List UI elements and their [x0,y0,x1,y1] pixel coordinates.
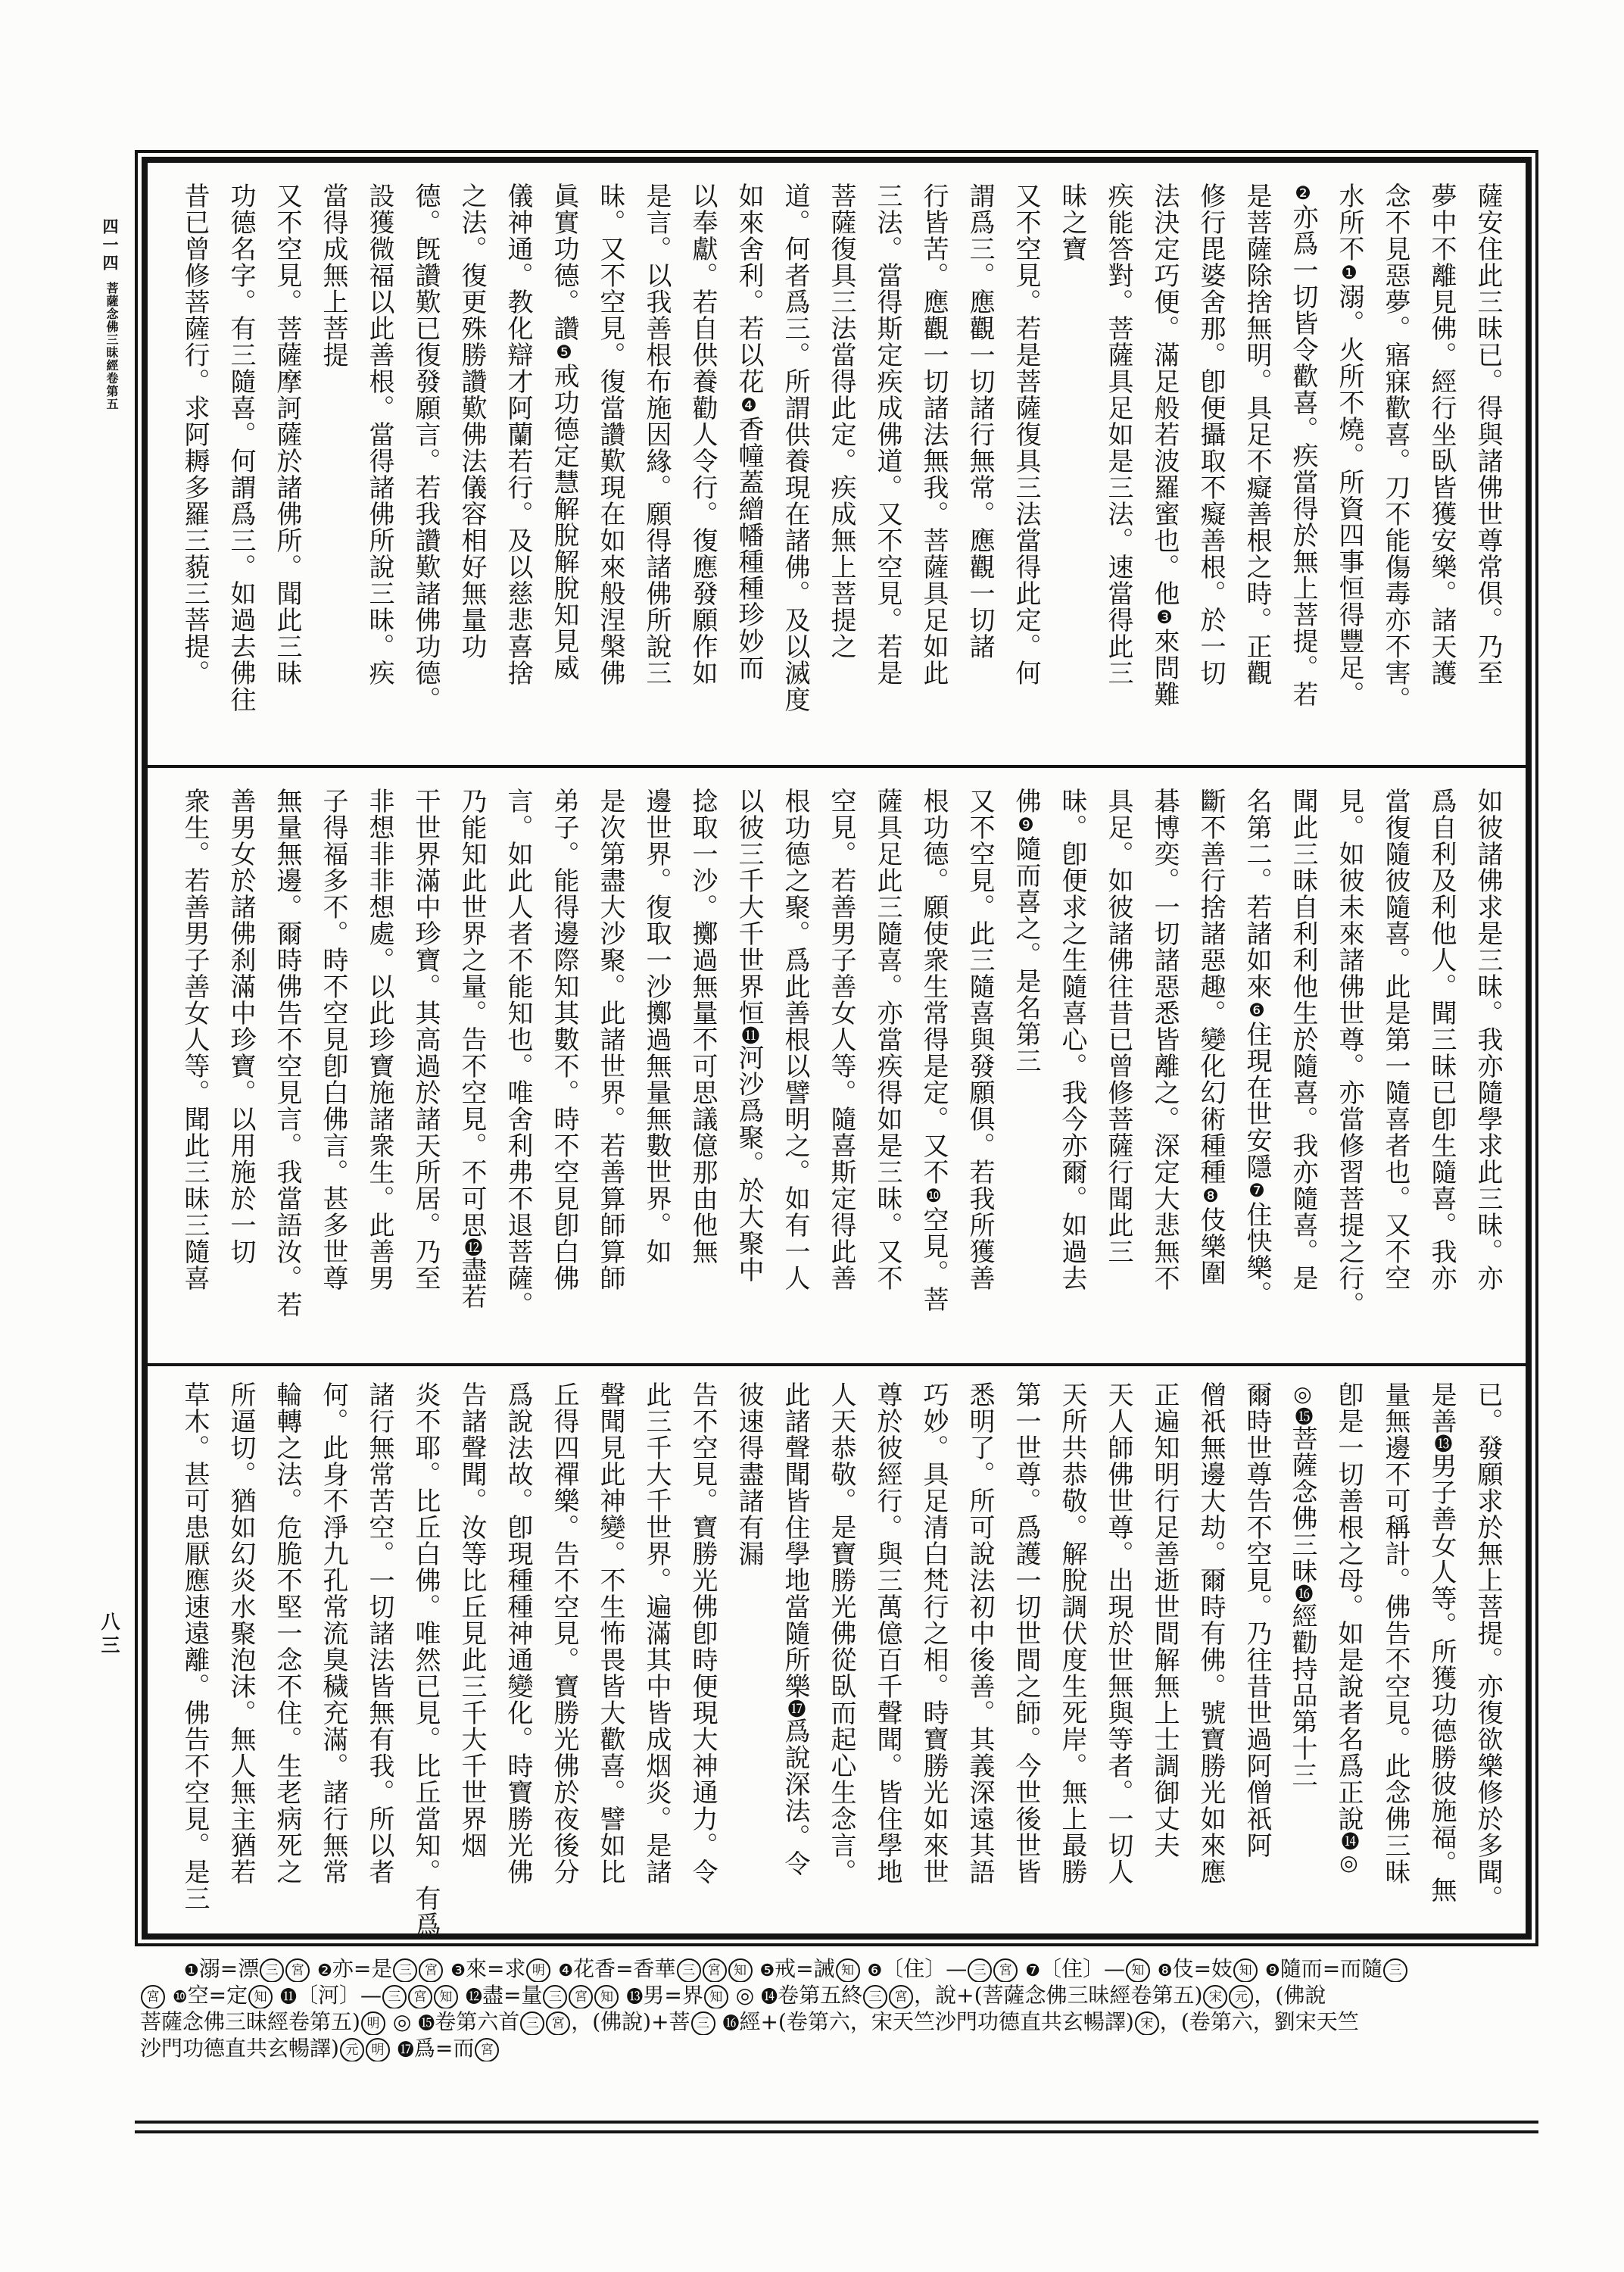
text-column: 善男女於諸佛刹滿中珍寶。以用施於一切 [217,788,263,1359]
edition-sigla-icon: 宮 [285,1958,310,1982]
text-column: 尊於彼經行。與三萬億百千聲聞。皆住學地 [864,1381,910,1929]
text-column: 昧。又不空見。復當讚歎現在如來般涅槃佛 [587,183,633,760]
note-number-icon: ❾ [1265,1961,1280,1980]
text-column: 爲說法故。卽現種種神通變化。時寶勝光佛 [494,1381,541,1929]
text-column: 當復隨彼隨喜。此是第一隨喜者也。又不空 [1372,788,1418,1359]
edition-sigla-icon: 宮 [475,2038,499,2061]
text-column: 子得福多不。時不空見卽白佛言。甚多世尊 [310,788,356,1359]
text-column: 捻取一沙。擲過無量不可思議億那由他無 [679,788,725,1359]
edition-sigla-icon: 知 [1126,1958,1150,1982]
text-column: 昧。卽便求之生隨喜心。我今亦爾。如過去 [1049,788,1095,1359]
edition-sigla-icon: 知 [434,1985,458,2008]
edition-sigla-icon: 宮 [703,1958,727,1982]
text-column: 丘得四禪樂。告不空見。寶勝光佛於夜後分 [541,1381,587,1929]
text-column: 薩具足此三隨喜。亦當疾得如是三昧。又不 [864,788,910,1359]
note-number-icon: ❸ [1154,607,1175,628]
edition-sigla-icon: 知 [728,1958,753,1982]
text-column: 所逼切。猶如幻炎水聚泡沫。無人無主猶若 [217,1381,263,1929]
text-column: 之法。復更殊勝讚歎佛法儀容相好無量功 [448,183,494,760]
note-number-icon: ❷ [1292,183,1314,204]
text-column: 薩安住此三昧已。得與諸佛世尊常俱。乃至 [1464,183,1510,760]
edition-sigla-icon: 元 [340,2038,364,2061]
edition-sigla-icon: 宮 [408,1985,432,2008]
text-column: 佛❾隨而喜之。是名第三 [1002,788,1049,1359]
edition-sigla-icon: 宮 [569,1985,593,2008]
text-column: 告諸聲聞。汝等比丘見此三千大千世界烟 [448,1381,494,1929]
text-column: 是言。以我善根布施因緣。願得諸佛所說三 [633,183,679,760]
note-number-icon: ❼ [1246,1180,1267,1201]
margin-running-title: 菩薩念佛三昧經卷第五 [103,282,120,410]
edition-sigla-icon: 宮 [889,1985,913,2008]
edition-sigla-icon: 元 [1229,1985,1253,2008]
edition-sigla-icon: 三 [543,1985,567,2008]
note-number-icon: ⓫ [280,1988,297,2007]
text-column: 聞此三昧自利利他生於隨喜。我亦隨喜。是 [1280,788,1326,1359]
edition-sigla-icon: 三 [260,1958,284,1982]
text-column: 干世界滿中珍寶。其高過於諸天所居。乃至 [402,788,448,1359]
edition-sigla-icon: 宮 [419,1958,443,1982]
text-column: ❷亦爲一切皆令歡喜。疾當得於無上菩提。若 [1280,183,1326,760]
note-number-icon: ❽ [1200,1185,1221,1206]
text-column: 無量無邊。爾時佛告不空見言。我當語汝。若 [263,788,310,1359]
register-middle: 如彼諸佛求是三昧。我亦隨學求此三昧。亦爲自利及利他人。聞三昧已卽生隨喜。我亦當復… [148,765,1526,1363]
text-column: 悉明了。所可說法初中後善。其義深遠其語 [956,1381,1002,1929]
footnote-line: 菩薩念佛三昧經卷第五)明 ◎ ⓯卷第六首三宮，(佛說)+菩三 ⓰經+(卷第六，宋… [140,2008,1609,2035]
footnote-line: 宮 ❿空=定知 ⓫〔河〕—三宮知 ⓬盡=量三宮知 ⓭男=界知 ◎ ⓮卷第五終三宮… [140,1982,1609,2008]
edition-sigla-icon: 三 [393,1958,417,1982]
text-column: 草木。甚可患厭應速遠離。佛告不空見。是三 [171,1381,217,1929]
text-column: 昧之寶 [1049,183,1095,760]
text-column: 弟子。能得邊際知其數不。時不空見卽白佛 [541,788,587,1359]
note-number-icon: ❸ [450,1961,466,1980]
text-column: 謂爲三。應觀一切諸行無常。應觀一切諸 [956,183,1002,760]
note-number-icon: ❹ [738,395,759,416]
note-number-icon: ⓮ [1338,1832,1359,1850]
text-column: 儀神通。教化辯才阿蘭若行。及以慈悲喜捨 [494,183,541,760]
text-column: 是菩薩除捨無明。具足不癡善根之時。正觀 [1233,183,1280,760]
text-column: 輪轉之法。危脆不堅一念不住。生老病死之 [263,1381,310,1929]
text-column: 根功德之聚。爲此善根以譬明之。如有一人 [771,788,818,1359]
scanned-sutra-page: 四一四 菩薩念佛三昧經卷第五 八三 薩安住此三昧已。得與諸佛世尊常俱。乃至夢中不… [0,0,1624,2272]
text-column: 人天恭敬。是寶勝光佛從臥而起心生念言。 [818,1381,864,1929]
text-column: 以彼三千大千世界恒⓫河沙爲聚。於大聚中 [725,788,771,1359]
text-column: 此諸聲聞皆住學地當隨所樂⓱爲說深法。令 [771,1381,818,1929]
edition-sigla-icon: 宋 [1135,2011,1159,2035]
section-divider-icon: ◎ [393,2009,411,2034]
note-number-icon: ❷ [317,1961,332,1980]
text-column: 聲聞見此神變。不生怖畏皆大歡喜。譬如比 [587,1381,633,1929]
note-number-icon: ⓰ [1292,1584,1313,1603]
text-column: 彼速得盡諸有漏 [725,1381,771,1929]
footnote-line: 沙門功德直共玄暢譯)元明 ⓱爲=而宮 [140,2035,1609,2061]
text-column: 天所共恭敬。解脫調伏度生死岸。無上最勝 [1049,1381,1095,1929]
note-number-icon: ⓰ [722,2015,739,2033]
bottom-double-rule [135,2121,1538,2133]
text-frame: 薩安住此三昧已。得與諸佛世尊常俱。乃至夢中不離見佛。經行坐臥皆獲安樂。諸天護念不… [135,150,1538,1946]
edition-sigla-icon: 明 [526,1958,550,1982]
note-number-icon: ❻ [868,1961,883,1980]
note-number-icon: ❼ [1025,1961,1040,1980]
text-frame-inner-border: 薩安住此三昧已。得與諸佛世尊常俱。乃至夢中不離見佛。經行坐臥皆獲安樂。諸天護念不… [142,157,1532,1940]
text-column: 以奉獻。若自供養勸人令行。復應發願作如 [679,183,725,760]
text-column: 爲自利及利他人。聞三昧已卽生隨喜。我亦 [1418,788,1464,1359]
text-column: 道。何者爲三。所謂供養現在諸佛。及以滅度 [771,183,818,760]
edition-sigla-icon: 三 [520,2011,544,2035]
text-column: 告不空見。寶勝光佛卽時便現大神通力。令 [679,1381,725,1929]
text-column: 爾時世尊告不空見。乃往昔世過阿僧祇阿 [1233,1381,1280,1929]
text-column: 是次第盡大沙聚。此諸世界。若善算師算師 [587,788,633,1359]
text-column: 斷不善行捨諸惡趣。變化幻術種種❽伎樂圍 [1187,788,1233,1359]
footnote-line: ❶溺=漂三宮 ❷亦=是三宮 ❸來=求明 ❹花香=香華三宮知 ❺戒=誡知 ❻〔住〕… [140,1955,1609,1982]
section-divider-icon: ◎ [736,1983,754,2008]
edition-sigla-icon: 宮 [141,1985,165,2008]
text-column: 言。如此人者不能知也。唯舍利弗不退菩薩。 [494,788,541,1359]
edition-sigla-icon: 知 [248,1985,273,2008]
text-column: 卽是一切善根之母。如是說者名爲正說⓮◎ [1326,1381,1372,1929]
note-number-icon: ❿ [923,1185,944,1206]
edition-sigla-icon: 明 [366,2038,390,2061]
text-column: 如彼諸佛求是三昧。我亦隨學求此三昧。亦 [1464,788,1510,1359]
text-column: 衆生。若善男子善女人等。聞此三昧三隨喜 [171,788,217,1359]
text-column: 當得成無上菩提 [310,183,356,760]
edition-sigla-icon: 三 [968,1958,992,1982]
text-column: 邊世界。復取一沙擲過無量無數世界。如 [633,788,679,1359]
text-column: 第一世尊。爲護一切世間之師。今世後世皆 [1002,1381,1049,1929]
edition-sigla-icon: 三 [691,2011,715,2035]
register-lower: 已。發願求於無上菩提。亦復欲樂修於多聞。是善⓭男子善女人等。所獲功德勝彼施福。無… [148,1363,1526,1933]
note-number-icon: ⓫ [738,1026,759,1044]
edition-sigla-icon: 知 [1233,1958,1258,1982]
edition-sigla-icon: 三 [677,1958,701,1982]
text-column: 德。旣讚歎已復發願言。若我讚歎諸佛功德。 [402,183,448,760]
text-column: 三法。當得斯定疾成佛道。又不空見。若是 [864,183,910,760]
note-number-icon: ⓮ [761,1988,778,2007]
text-column: 夢中不離見佛。經行坐臥皆獲安樂。諸天護 [1418,183,1464,760]
text-column: 諸行無常苦空。一切諸法皆無有我。所以者 [356,1381,402,1929]
text-column: 天人師佛世尊。出現於世無與等者。一切人 [1095,1381,1141,1929]
text-column: 何。此身不淨九孔常流臭穢充滿。諸行無常 [310,1381,356,1929]
register-upper: 薩安住此三昧已。得與諸佛世尊常俱。乃至夢中不離見佛。經行坐臥皆獲安樂。諸天護念不… [148,163,1526,765]
edition-sigla-icon: 知 [836,1958,860,1982]
footnote-apparatus: ❶溺=漂三宮 ❷亦=是三宮 ❸來=求明 ❹花香=香華三宮知 ❺戒=誡知 ❻〔住〕… [140,1955,1609,2061]
text-column: 眞實功德。讚❺戒功德定慧解脫解脫知見威 [541,183,587,760]
margin-volume-page-number: 四一四 [98,218,121,273]
note-number-icon: ❻ [1246,1000,1267,1021]
edition-sigla-icon: 宮 [993,1958,1018,1982]
note-number-icon: ⓬ [466,1988,482,2007]
note-number-icon: ❶ [184,1961,199,1980]
text-column: 水所不❶溺。火所不燒。所資四事恒得豐足。 [1326,183,1372,760]
margin-leaf-number: 八三 [95,1612,123,1659]
text-column: 此三千大千世界。遍滿其中皆成烟炎。是諸 [633,1381,679,1929]
text-column: 乃能知此世界之量。告不空見。不可思⓬盡若 [448,788,494,1359]
text-column: 念不見惡夢。寤寐歡喜。刀不能傷毒亦不害。 [1372,183,1418,760]
text-column: 非想非非想處。以此珍寶施諸衆生。此善男 [356,788,402,1359]
note-number-icon: ❶ [1339,262,1360,283]
edition-sigla-icon: 三 [863,1985,887,2008]
edition-sigla-icon: 宋 [1203,1985,1227,2008]
edition-sigla-icon: 三 [1383,1958,1407,1982]
text-column: 又不空見。此三隨喜與發願俱。若我所獲善 [956,788,1002,1359]
text-column: 已。發願求於無上菩提。亦復欲樂修於多聞。 [1464,1381,1510,1929]
note-number-icon: ⓭ [626,1988,643,2007]
text-column: 見。如彼未來諸佛世尊。亦當修習菩提之行。 [1326,788,1372,1359]
edition-sigla-icon: 宮 [546,2011,570,2035]
text-column: 設獲微福以此善根。當得諸佛所說三昧。疾 [356,183,402,760]
note-number-icon: ⓭ [1431,1434,1452,1453]
text-column: 疾能答對。菩薩具足如是三法。速當得此三 [1095,183,1141,760]
note-number-icon: ⓱ [397,2041,414,2060]
section-divider-icon: ◎ [1336,1850,1361,1876]
text-column: 法決定巧便。滿足般若波羅蜜也。他❸來問難 [1141,183,1187,760]
text-column: 具足。如彼諸佛往昔已曾修菩薩行聞此三 [1095,788,1141,1359]
text-column: 功德名字。有三隨喜。何謂爲三。如過去佛往 [217,183,263,760]
text-column: 又不空見。菩薩摩訶薩於諸佛所。聞此三昧 [263,183,310,760]
text-column: 名第二。若諸如來❻住現在世安隱❼住快樂。 [1233,788,1280,1359]
edition-sigla-icon: 三 [382,1985,407,2008]
note-number-icon: ❺ [759,1961,775,1980]
edition-sigla-icon: 明 [361,2011,385,2035]
text-column: 如來舍利。若以花❹香幢蓋繒幡種種珍妙而 [725,183,771,760]
text-column: 僧祇無邊大劫。爾時有佛。號寶勝光如來應 [1187,1381,1233,1929]
note-number-icon: ⓱ [784,1699,806,1718]
text-column: 量無邊不可稱計。佛告不空見。此念佛三昧 [1372,1381,1418,1929]
text-column: 菩薩復具三法當得此定。疾成無上菩提之 [818,183,864,760]
edition-sigla-icon: 知 [594,1985,619,2008]
text-column: 巧妙。具足清白梵行之相。時寶勝光如來世 [910,1381,956,1929]
text-column: 根功德。願使衆生常得是定。又不❿空見。菩 [910,788,956,1359]
text-column: 正遍知明行足善逝世間解無上士調御丈夫 [1141,1381,1187,1929]
text-column: 是善⓭男子善女人等。所獲功德勝彼施福。無 [1418,1381,1464,1929]
text-column: 修行毘婆舍那。卽便攝取不癡善根。於一切 [1187,183,1233,760]
text-column: 碁博奕。一切諸惡悉皆離之。深定大悲無不 [1141,788,1187,1359]
text-column: ◎⓯菩薩念佛三昧⓰經勸持品第十三 [1280,1381,1326,1929]
note-number-icon: ❾ [1015,814,1036,835]
text-column: 行皆苦。應觀一切諸法無我。菩薩具足如此 [910,183,956,760]
text-column: 昔已曾修菩薩行。求阿耨多羅三藐三菩提。 [171,183,217,760]
note-number-icon: ⓯ [1292,1407,1313,1425]
text-column: 又不空見。若是菩薩復具三法當得此定。何 [1002,183,1049,760]
note-number-icon: ❿ [173,1988,188,2007]
note-number-icon: ❹ [558,1961,573,1980]
edition-sigla-icon: 知 [704,1985,728,2008]
text-column: 炎不耶。比丘白佛。唯然已見。比丘當知。有爲 [402,1381,448,1929]
note-number-icon: ⓬ [461,1238,482,1256]
note-number-icon: ❽ [1158,1961,1173,1980]
note-number-icon: ⓯ [418,2015,435,2033]
section-divider-icon: ◎ [1290,1381,1315,1407]
text-column: 空見。若善男子善女人等。隨喜斯定得此善 [818,788,864,1359]
note-number-icon: ❺ [553,342,575,363]
